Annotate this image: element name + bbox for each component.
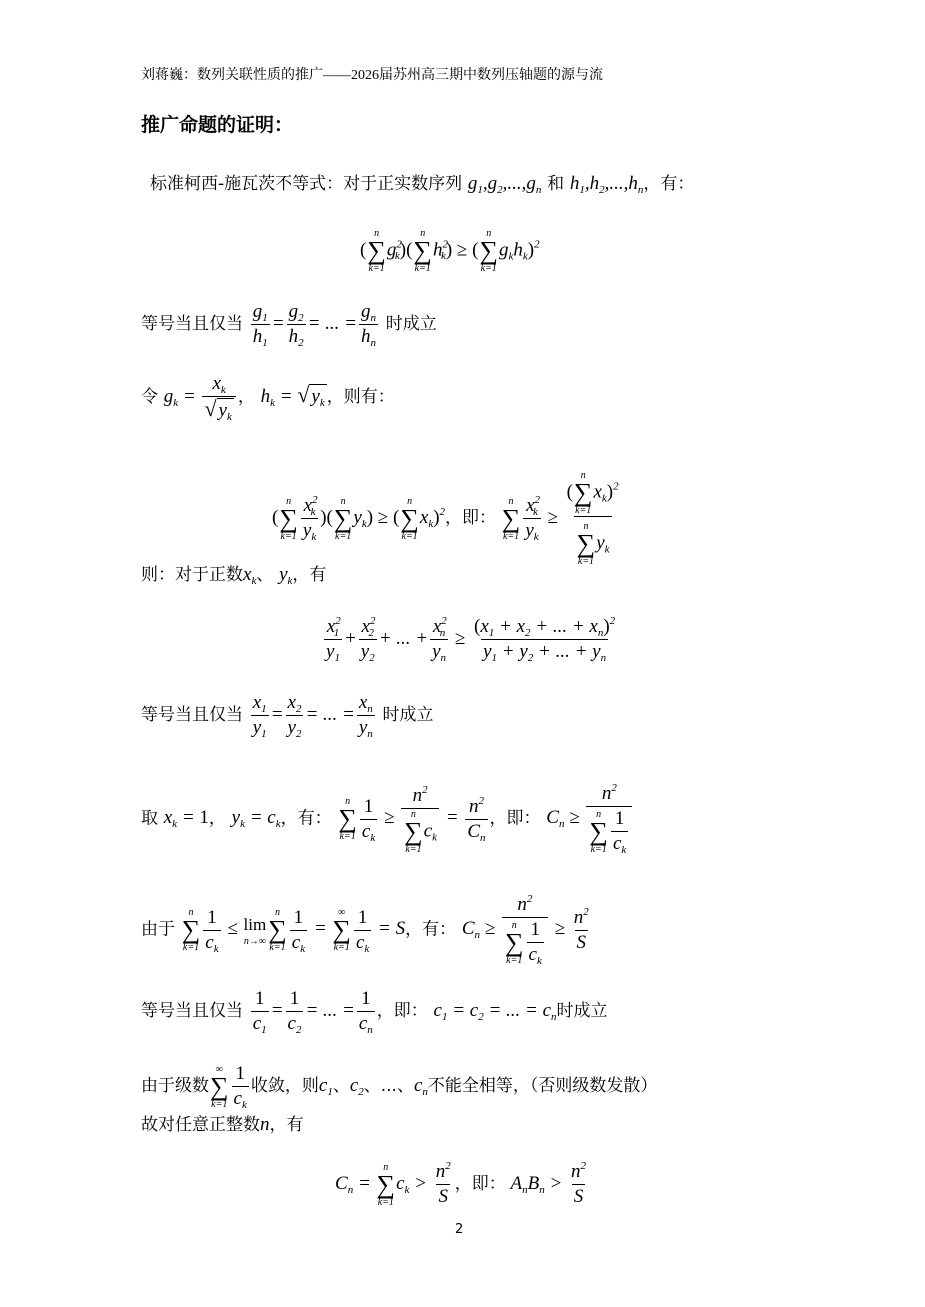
document-page: 刘蒋巍：数列关联性质的推广——2026届苏州高三期中数列压轴题的源与流 推广命题… xyxy=(0,0,925,1307)
substitution-line: 令 gk = xk√yk， hk = √yk，则有： xyxy=(141,372,395,423)
equality-condition-xy: 等号当且仅当 x1y1=x2y2= ... =xnyn 时成立 xyxy=(141,691,434,740)
series-convergence-line: 由于级数∞∑k=11ck收敛，则c1、c2、...、cn不能全相等，（否则级数发… xyxy=(141,1062,657,1111)
cauchy-intro-line: 标准柯西-施瓦茨不等式：对于正实数序列 g1,g2,...,gn 和 h1,h2… xyxy=(150,172,694,196)
cauchy-schwarz-formula: (n∑k=1g2k)(n∑k=1h2k) ≥ (n∑k=1gkhk)2 xyxy=(360,228,540,274)
equality-condition-c: 等号当且仅当 1c1=1c2= ... =1cn，即： c1 = c2 = ..… xyxy=(141,987,608,1036)
limit-argument-line: 由于 n∑k=11ck ≤ limn→∞n∑k=11ck = ∞∑k=11ck … xyxy=(141,893,593,967)
section-title: 推广命题的证明： xyxy=(141,113,293,137)
equality-condition-gh: 等号当且仅当 g1h1=g2h2= ... =gnhn 时成立 xyxy=(141,300,437,349)
final-conclusion: Cn = n∑k=1ck > n2S，即： AnBn > n2S xyxy=(335,1160,590,1209)
titu-lemma-sum-form: (n∑k=1x2kyk)(n∑k=1yk) ≥ (n∑k=1xk)2，即： n∑… xyxy=(272,470,623,567)
positive-numbers-line: 则：对于正数xk、 yk，有 xyxy=(141,563,326,587)
page-number: 2 xyxy=(455,1222,463,1237)
specialization-line: 取 xk = 1， yk = ck，有： n∑k=11ck ≥ n2n∑k=1c… xyxy=(141,782,634,856)
any-positive-integer-line: 故对任意正整数n，有 xyxy=(141,1113,304,1137)
running-header: 刘蒋巍：数列关联性质的推广——2026届苏州高三期中数列压轴题的源与流 xyxy=(141,64,603,88)
expanded-inequality: x21y1+x22y2+ ... +x2nyn ≥ (x1 + x2 + ...… xyxy=(322,615,619,664)
